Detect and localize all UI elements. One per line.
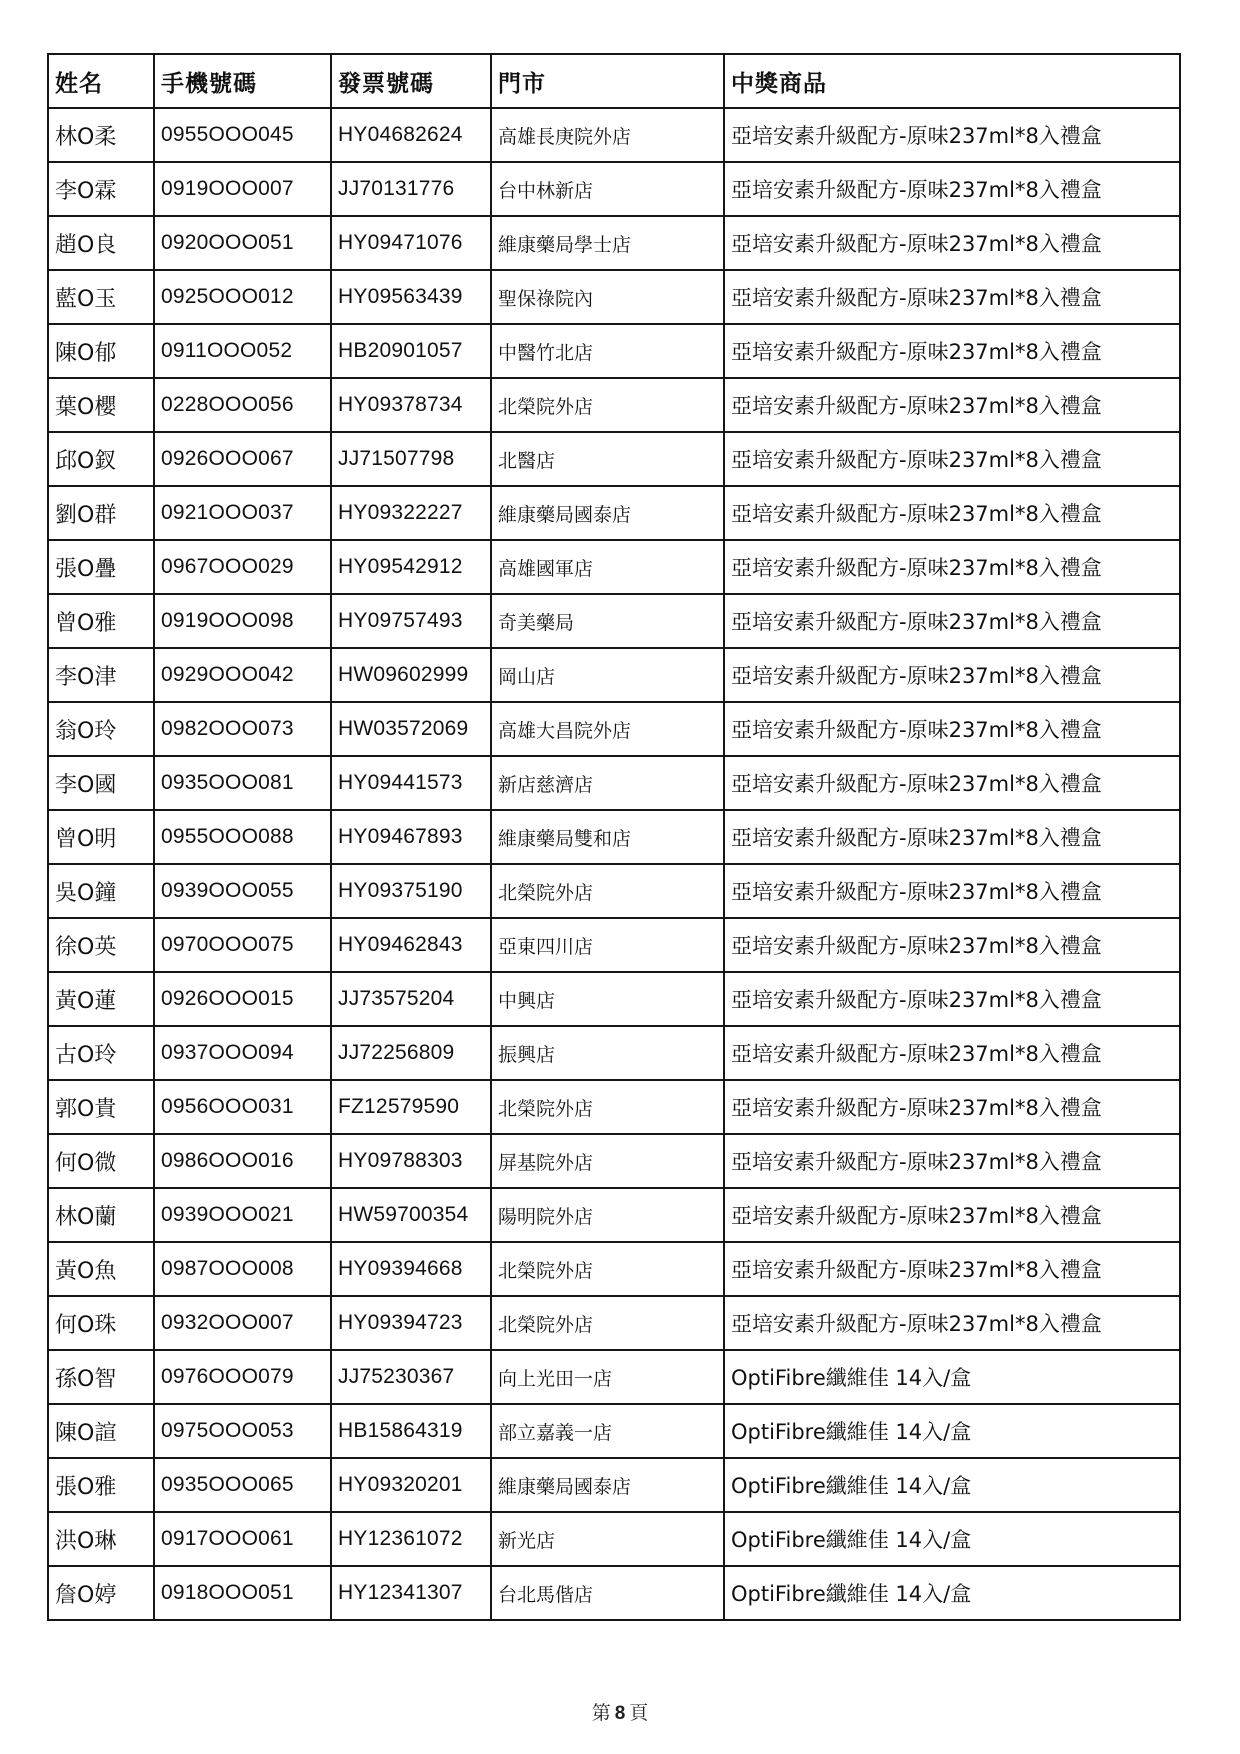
table-row: 吳O鐘0939OOO055HY09375190北榮院外店亞培安素升級配方-原味2… xyxy=(48,864,1180,918)
cell-store: 北榮院外店 xyxy=(491,1242,724,1296)
cell-prize: 亞培安素升級配方-原味237ml*8入禮盒 xyxy=(724,702,1180,756)
header-row: 姓名 手機號碼 發票號碼 門市 中獎商品 xyxy=(48,54,1180,108)
cell-prize: 亞培安素升級配方-原味237ml*8入禮盒 xyxy=(724,648,1180,702)
cell-prize: 亞培安素升級配方-原味237ml*8入禮盒 xyxy=(724,1080,1180,1134)
table-row: 何O珠0932OOO007HY09394723北榮院外店亞培安素升級配方-原味2… xyxy=(48,1296,1180,1350)
cell-name: 張O雅 xyxy=(48,1458,154,1512)
cell-invoice: HY09375190 xyxy=(331,864,491,918)
cell-prize: 亞培安素升級配方-原味237ml*8入禮盒 xyxy=(724,108,1180,162)
table-row: 洪O琳0917OOO061HY12361072新光店OptiFibre纖維佳 1… xyxy=(48,1512,1180,1566)
table-row: 李O霖0919OOO007JJ70131776台中林新店亞培安素升級配方-原味2… xyxy=(48,162,1180,216)
cell-phone: 0976OOO079 xyxy=(154,1350,331,1404)
cell-name: 陳O郁 xyxy=(48,324,154,378)
cell-invoice: HY09322227 xyxy=(331,486,491,540)
cell-phone: 0970OOO075 xyxy=(154,918,331,972)
cell-store: 屏基院外店 xyxy=(491,1134,724,1188)
cell-phone: 0955OOO045 xyxy=(154,108,331,162)
cell-store: 奇美藥局 xyxy=(491,594,724,648)
cell-invoice: JJ72256809 xyxy=(331,1026,491,1080)
cell-phone: 0929OOO042 xyxy=(154,648,331,702)
table-row: 曾O明0955OOO088HY09467893維康藥局雙和店亞培安素升級配方-原… xyxy=(48,810,1180,864)
table-row: 張O雅0935OOO065HY09320201維康藥局國泰店OptiFibre纖… xyxy=(48,1458,1180,1512)
cell-invoice: FZ12579590 xyxy=(331,1080,491,1134)
header-store: 門市 xyxy=(491,54,724,108)
table-row: 翁O玲0982OOO073HW03572069高雄大昌院外店亞培安素升級配方-原… xyxy=(48,702,1180,756)
cell-store: 高雄大昌院外店 xyxy=(491,702,724,756)
cell-store: 北榮院外店 xyxy=(491,864,724,918)
cell-store: 陽明院外店 xyxy=(491,1188,724,1242)
cell-name: 黃O魚 xyxy=(48,1242,154,1296)
cell-phone: 0920OOO051 xyxy=(154,216,331,270)
cell-invoice: JJ75230367 xyxy=(331,1350,491,1404)
cell-prize: 亞培安素升級配方-原味237ml*8入禮盒 xyxy=(724,864,1180,918)
cell-phone: 0917OOO061 xyxy=(154,1512,331,1566)
cell-invoice: HY09471076 xyxy=(331,216,491,270)
cell-store: 台北馬偕店 xyxy=(491,1566,724,1620)
page-label-suffix: 頁 xyxy=(629,1702,648,1724)
cell-phone: 0956OOO031 xyxy=(154,1080,331,1134)
cell-phone: 0932OOO007 xyxy=(154,1296,331,1350)
cell-prize: OptiFibre纖維佳 14入/盒 xyxy=(724,1512,1180,1566)
cell-prize: 亞培安素升級配方-原味237ml*8入禮盒 xyxy=(724,1134,1180,1188)
cell-prize: 亞培安素升級配方-原味237ml*8入禮盒 xyxy=(724,378,1180,432)
cell-phone: 0918OOO051 xyxy=(154,1566,331,1620)
cell-phone: 0939OOO055 xyxy=(154,864,331,918)
table-row: 陳O郁0911OOO052HB20901057中醫竹北店亞培安素升級配方-原味2… xyxy=(48,324,1180,378)
cell-phone: 0987OOO008 xyxy=(154,1242,331,1296)
cell-prize: 亞培安素升級配方-原味237ml*8入禮盒 xyxy=(724,162,1180,216)
table-row: 黃O蓮0926OOO015JJ73575204中興店亞培安素升級配方-原味237… xyxy=(48,972,1180,1026)
table-row: 劉O群0921OOO037HY09322227維康藥局國泰店亞培安素升級配方-原… xyxy=(48,486,1180,540)
cell-phone: 0935OOO065 xyxy=(154,1458,331,1512)
cell-name: 何O微 xyxy=(48,1134,154,1188)
cell-phone: 0975OOO053 xyxy=(154,1404,331,1458)
cell-prize: 亞培安素升級配方-原味237ml*8入禮盒 xyxy=(724,918,1180,972)
cell-name: 何O珠 xyxy=(48,1296,154,1350)
cell-invoice: HY09542912 xyxy=(331,540,491,594)
table-row: 趙O良0920OOO051HY09471076維康藥局學士店亞培安素升級配方-原… xyxy=(48,216,1180,270)
cell-name: 孫O智 xyxy=(48,1350,154,1404)
cell-phone: 0911OOO052 xyxy=(154,324,331,378)
cell-prize: 亞培安素升級配方-原味237ml*8入禮盒 xyxy=(724,216,1180,270)
cell-store: 北榮院外店 xyxy=(491,1296,724,1350)
cell-store: 高雄國軍店 xyxy=(491,540,724,594)
cell-invoice: HY09757493 xyxy=(331,594,491,648)
cell-invoice: HY09394723 xyxy=(331,1296,491,1350)
table-row: 郭O貴0956OOO031FZ12579590北榮院外店亞培安素升級配方-原味2… xyxy=(48,1080,1180,1134)
cell-phone: 0919OOO007 xyxy=(154,162,331,216)
cell-invoice: HY09563439 xyxy=(331,270,491,324)
cell-invoice: HY12341307 xyxy=(331,1566,491,1620)
cell-name: 李O國 xyxy=(48,756,154,810)
cell-prize: 亞培安素升級配方-原味237ml*8入禮盒 xyxy=(724,270,1180,324)
cell-store: 新店慈濟店 xyxy=(491,756,724,810)
cell-name: 詹O婷 xyxy=(48,1566,154,1620)
cell-name: 李O津 xyxy=(48,648,154,702)
cell-store: 新光店 xyxy=(491,1512,724,1566)
cell-name: 黃O蓮 xyxy=(48,972,154,1026)
cell-name: 林O蘭 xyxy=(48,1188,154,1242)
cell-prize: 亞培安素升級配方-原味237ml*8入禮盒 xyxy=(724,972,1180,1026)
cell-store: 高雄長庚院外店 xyxy=(491,108,724,162)
cell-name: 古O玲 xyxy=(48,1026,154,1080)
cell-phone: 0935OOO081 xyxy=(154,756,331,810)
cell-store: 維康藥局學士店 xyxy=(491,216,724,270)
cell-phone: 0955OOO088 xyxy=(154,810,331,864)
cell-invoice: HY09462843 xyxy=(331,918,491,972)
table-row: 何O微0986OOO016HY09788303屏基院外店亞培安素升級配方-原味2… xyxy=(48,1134,1180,1188)
cell-prize: 亞培安素升級配方-原味237ml*8入禮盒 xyxy=(724,486,1180,540)
table-row: 孫O智0976OOO079JJ75230367向上光田一店OptiFibre纖維… xyxy=(48,1350,1180,1404)
cell-name: 李O霖 xyxy=(48,162,154,216)
cell-store: 中興店 xyxy=(491,972,724,1026)
cell-name: 曾O雅 xyxy=(48,594,154,648)
cell-prize: 亞培安素升級配方-原味237ml*8入禮盒 xyxy=(724,1026,1180,1080)
cell-prize: OptiFibre纖維佳 14入/盒 xyxy=(724,1350,1180,1404)
table-row: 邱O釵0926OOO067JJ71507798北醫店亞培安素升級配方-原味237… xyxy=(48,432,1180,486)
cell-store: 聖保祿院內 xyxy=(491,270,724,324)
cell-phone: 0921OOO037 xyxy=(154,486,331,540)
cell-phone: 0919OOO098 xyxy=(154,594,331,648)
cell-phone: 0926OOO067 xyxy=(154,432,331,486)
cell-name: 徐O英 xyxy=(48,918,154,972)
cell-name: 洪O琳 xyxy=(48,1512,154,1566)
cell-name: 翁O玲 xyxy=(48,702,154,756)
cell-phone: 0939OOO021 xyxy=(154,1188,331,1242)
table-row: 古O玲0937OOO094JJ72256809振興店亞培安素升級配方-原味237… xyxy=(48,1026,1180,1080)
cell-invoice: HW09602999 xyxy=(331,648,491,702)
table-row: 曾O雅0919OOO098HY09757493奇美藥局亞培安素升級配方-原味23… xyxy=(48,594,1180,648)
table-row: 葉O櫻0228OOO056HY09378734北榮院外店亞培安素升級配方-原味2… xyxy=(48,378,1180,432)
cell-invoice: JJ73575204 xyxy=(331,972,491,1026)
cell-invoice: JJ70131776 xyxy=(331,162,491,216)
cell-store: 部立嘉義一店 xyxy=(491,1404,724,1458)
cell-store: 北醫店 xyxy=(491,432,724,486)
table-row: 陳O諠0975OOO053HB15864319部立嘉義一店OptiFibre纖維… xyxy=(48,1404,1180,1458)
header-invoice: 發票號碼 xyxy=(331,54,491,108)
cell-name: 陳O諠 xyxy=(48,1404,154,1458)
cell-invoice: HB15864319 xyxy=(331,1404,491,1458)
cell-store: 維康藥局雙和店 xyxy=(491,810,724,864)
cell-prize: 亞培安素升級配方-原味237ml*8入禮盒 xyxy=(724,432,1180,486)
header-phone: 手機號碼 xyxy=(154,54,331,108)
cell-name: 趙O良 xyxy=(48,216,154,270)
page-footer: 第8頁 xyxy=(0,1698,1240,1725)
table-row: 黃O魚0987OOO008HY09394668北榮院外店亞培安素升級配方-原味2… xyxy=(48,1242,1180,1296)
table-row: 李O國0935OOO081HY09441573新店慈濟店亞培安素升級配方-原味2… xyxy=(48,756,1180,810)
cell-store: 北榮院外店 xyxy=(491,1080,724,1134)
cell-prize: 亞培安素升級配方-原味237ml*8入禮盒 xyxy=(724,756,1180,810)
page-label-prefix: 第 xyxy=(592,1702,611,1724)
cell-name: 張O疊 xyxy=(48,540,154,594)
cell-invoice: HY09788303 xyxy=(331,1134,491,1188)
cell-name: 劉O群 xyxy=(48,486,154,540)
cell-phone: 0986OOO016 xyxy=(154,1134,331,1188)
cell-phone: 0925OOO012 xyxy=(154,270,331,324)
table-row: 林O蘭0939OOO021HW59700354陽明院外店亞培安素升級配方-原味2… xyxy=(48,1188,1180,1242)
cell-prize: 亞培安素升級配方-原味237ml*8入禮盒 xyxy=(724,594,1180,648)
cell-prize: OptiFibre纖維佳 14入/盒 xyxy=(724,1566,1180,1620)
cell-invoice: HY09441573 xyxy=(331,756,491,810)
cell-store: 振興店 xyxy=(491,1026,724,1080)
cell-prize: 亞培安素升級配方-原味237ml*8入禮盒 xyxy=(724,810,1180,864)
table-body: 林O柔0955OOO045HY04682624高雄長庚院外店亞培安素升級配方-原… xyxy=(48,108,1180,1620)
cell-phone: 0937OOO094 xyxy=(154,1026,331,1080)
cell-store: 向上光田一店 xyxy=(491,1350,724,1404)
cell-prize: 亞培安素升級配方-原味237ml*8入禮盒 xyxy=(724,324,1180,378)
cell-prize: OptiFibre纖維佳 14入/盒 xyxy=(724,1404,1180,1458)
header-prize: 中獎商品 xyxy=(724,54,1180,108)
table-row: 李O津0929OOO042HW09602999岡山店亞培安素升級配方-原味237… xyxy=(48,648,1180,702)
table-row: 林O柔0955OOO045HY04682624高雄長庚院外店亞培安素升級配方-原… xyxy=(48,108,1180,162)
cell-name: 吳O鐘 xyxy=(48,864,154,918)
cell-invoice: JJ71507798 xyxy=(331,432,491,486)
cell-invoice: HY09467893 xyxy=(331,810,491,864)
cell-invoice: HW03572069 xyxy=(331,702,491,756)
cell-invoice: HY12361072 xyxy=(331,1512,491,1566)
cell-invoice: HY09378734 xyxy=(331,378,491,432)
cell-store: 台中林新店 xyxy=(491,162,724,216)
cell-name: 林O柔 xyxy=(48,108,154,162)
table-row: 詹O婷0918OOO051HY12341307台北馬偕店OptiFibre纖維佳… xyxy=(48,1566,1180,1620)
cell-invoice: HY04682624 xyxy=(331,108,491,162)
table-row: 張O疊0967OOO029HY09542912高雄國軍店亞培安素升級配方-原味2… xyxy=(48,540,1180,594)
cell-prize: 亞培安素升級配方-原味237ml*8入禮盒 xyxy=(724,540,1180,594)
cell-prize: 亞培安素升級配方-原味237ml*8入禮盒 xyxy=(724,1242,1180,1296)
cell-prize: 亞培安素升級配方-原味237ml*8入禮盒 xyxy=(724,1188,1180,1242)
cell-store: 北榮院外店 xyxy=(491,378,724,432)
cell-name: 藍O玉 xyxy=(48,270,154,324)
cell-name: 曾O明 xyxy=(48,810,154,864)
cell-invoice: HY09394668 xyxy=(331,1242,491,1296)
winners-table: 姓名 手機號碼 發票號碼 門市 中獎商品 林O柔0955OOO045HY0468… xyxy=(47,53,1181,1621)
cell-phone: 0228OOO056 xyxy=(154,378,331,432)
cell-phone: 0967OOO029 xyxy=(154,540,331,594)
cell-invoice: HY09320201 xyxy=(331,1458,491,1512)
cell-prize: OptiFibre纖維佳 14入/盒 xyxy=(724,1458,1180,1512)
cell-invoice: HB20901057 xyxy=(331,324,491,378)
cell-store: 維康藥局國泰店 xyxy=(491,486,724,540)
cell-name: 郭O貴 xyxy=(48,1080,154,1134)
table-row: 藍O玉0925OOO012HY09563439聖保祿院內亞培安素升級配方-原味2… xyxy=(48,270,1180,324)
cell-store: 岡山店 xyxy=(491,648,724,702)
cell-prize: 亞培安素升級配方-原味237ml*8入禮盒 xyxy=(724,1296,1180,1350)
cell-name: 葉O櫻 xyxy=(48,378,154,432)
table-row: 徐O英0970OOO075HY09462843亞東四川店亞培安素升級配方-原味2… xyxy=(48,918,1180,972)
cell-phone: 0926OOO015 xyxy=(154,972,331,1026)
cell-store: 亞東四川店 xyxy=(491,918,724,972)
page-number: 8 xyxy=(615,1703,626,1724)
cell-name: 邱O釵 xyxy=(48,432,154,486)
header-name: 姓名 xyxy=(48,54,154,108)
cell-store: 維康藥局國泰店 xyxy=(491,1458,724,1512)
cell-invoice: HW59700354 xyxy=(331,1188,491,1242)
cell-store: 中醫竹北店 xyxy=(491,324,724,378)
cell-phone: 0982OOO073 xyxy=(154,702,331,756)
